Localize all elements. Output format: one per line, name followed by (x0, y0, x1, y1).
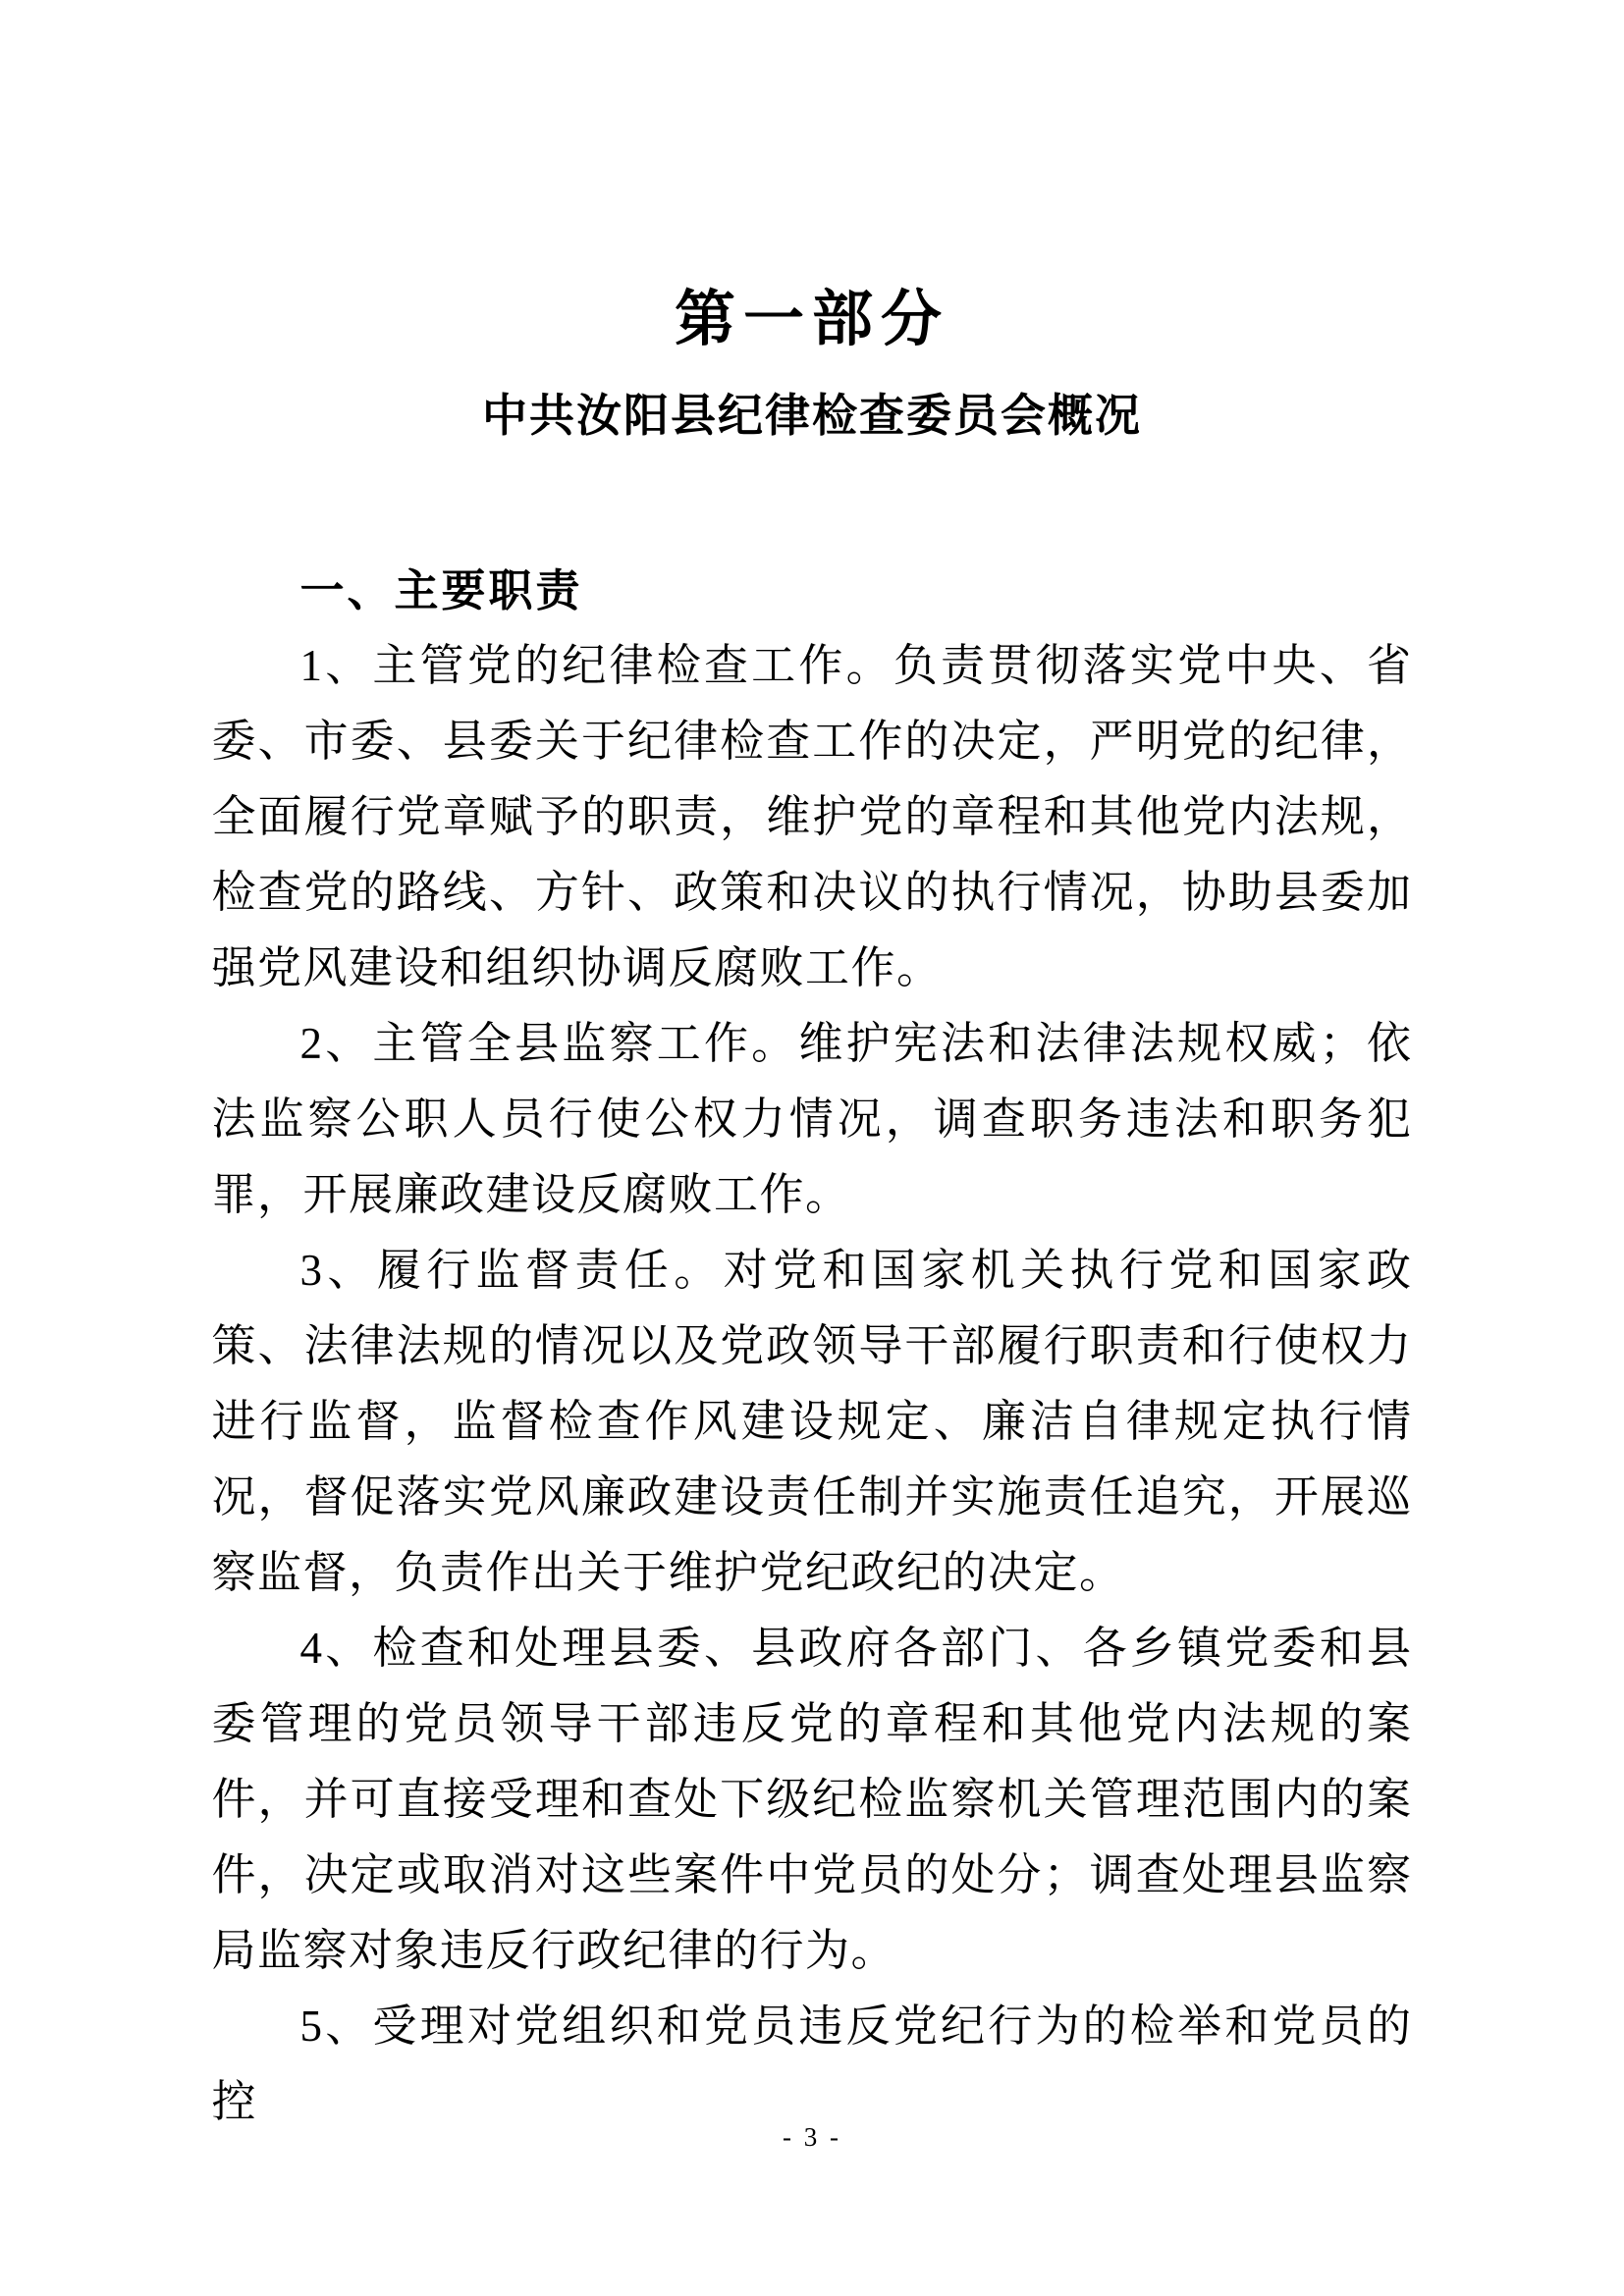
body-paragraph-5: 5、受理对党组织和党员违反党纪行为的检举和党员的控 (212, 1989, 1413, 2140)
body-paragraph-4: 4、检查和处理县委、县政府各部门、各乡镇党委和县委管理的党员领导干部违反党的章程… (212, 1611, 1413, 1989)
section-heading: 一、主要职责 (212, 553, 1413, 628)
body-paragraph-1: 1、主管党的纪律检查工作。负责贯彻落实党中央、省委、市委、县委关于纪律检查工作的… (212, 628, 1413, 1006)
page-number: - 3 - (0, 2122, 1624, 2153)
document-body: 一、主要职责 1、主管党的纪律检查工作。负责贯彻落实党中央、省委、市委、县委关于… (212, 553, 1413, 2140)
body-paragraph-2: 2、主管全县监察工作。维护宪法和法律法规权威；依法监察公职人员行使公权力情况，调… (212, 1006, 1413, 1233)
document-subtitle: 中共汝阳县纪律检查委员会概况 (0, 389, 1624, 443)
part-title: 第一部分 (0, 0, 1624, 353)
document-page: 第一部分 中共汝阳县纪律检查委员会概况 一、主要职责 1、主管党的纪律检查工作。… (0, 0, 1624, 2296)
body-paragraph-3: 3、履行监督责任。对党和国家机关执行党和国家政策、法律法规的情况以及党政领导干部… (212, 1233, 1413, 1611)
